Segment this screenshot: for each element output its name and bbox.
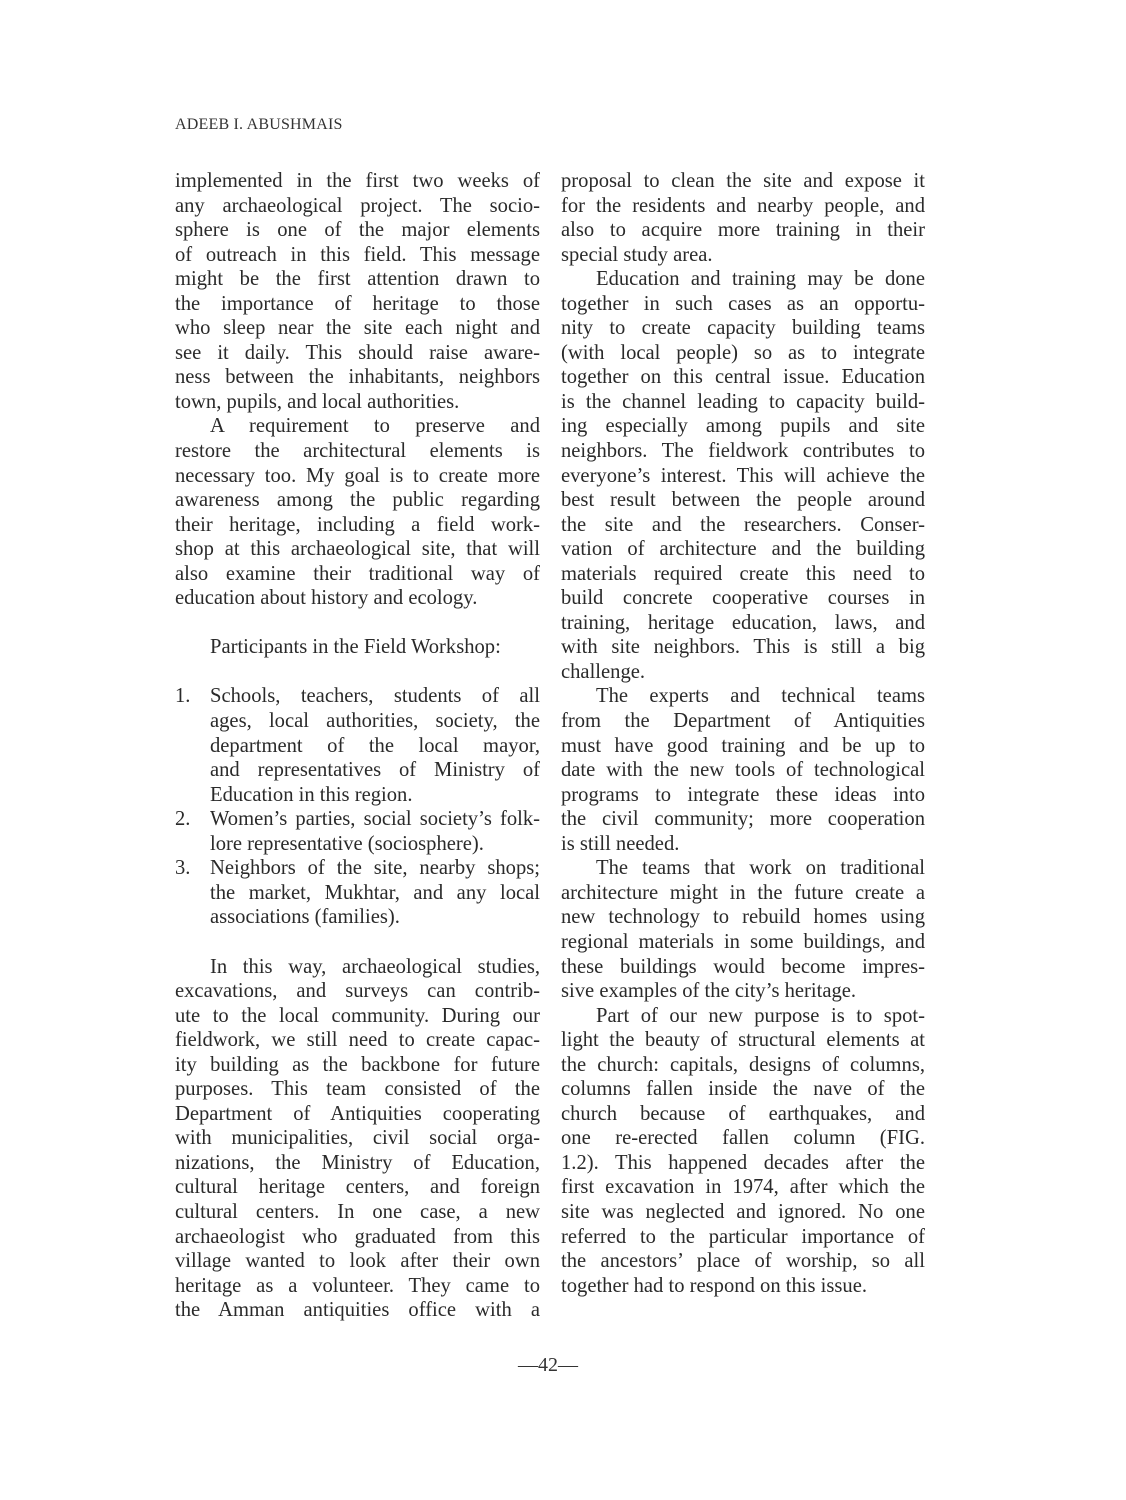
text-line: referred to the particular importance of (561, 1225, 925, 1250)
text-line: also to acquire more training in their (561, 218, 925, 243)
text-line: necessary too. My goal is to create more (175, 464, 540, 489)
text-line: one re-erected fallen column (FIG. (561, 1126, 925, 1151)
text-line: build concrete cooperative courses in (561, 586, 925, 611)
text-line: challenge. (561, 660, 925, 685)
text-line: is the channel leading to capacity build… (561, 390, 925, 415)
spacer (175, 930, 540, 955)
list-item: 2. Women’s parties, social society’s fol… (175, 807, 540, 856)
text-line: cultural centers. In one case, a new (175, 1200, 540, 1225)
text-line: who sleep near the site each night and (175, 316, 540, 341)
text-line: with municipalities, civil social orga- (175, 1126, 540, 1151)
text-line: special study area. (561, 243, 925, 268)
text-line: new technology to rebuild homes using (561, 905, 925, 930)
list-intro: Participants in the Field Workshop: (175, 635, 540, 660)
text-line: the market, Mukhtar, and any local (210, 881, 540, 906)
text-line: is still needed. (561, 832, 925, 857)
text-line: these buildings would become impres- (561, 955, 925, 980)
paragraph: Education and training may be done toget… (561, 267, 925, 684)
paragraph: implemented in the first two weeks of an… (175, 169, 540, 414)
text-line: associations (families). (210, 905, 540, 930)
text-line: The experts and technical teams (561, 684, 925, 709)
text-line: together in such cases as an opportu- (561, 292, 925, 317)
text-line: any archaeological project. The socio- (175, 194, 540, 219)
text-line: training, heritage education, laws, and (561, 611, 925, 636)
text-line: archaeologist who graduated from this (175, 1225, 540, 1250)
text-line: regional materials in some buildings, an… (561, 930, 925, 955)
text-line: first excavation in 1974, after which th… (561, 1175, 925, 1200)
text-line: In this way, archaeological studies, (175, 955, 540, 980)
text-line: the importance of heritage to those (175, 292, 540, 317)
spacer (175, 611, 540, 636)
text-line: fieldwork, we still need to create capac… (175, 1028, 540, 1053)
text-line: Part of our new purpose is to spot- (561, 1004, 925, 1029)
text-line: the Amman antiquities office with a (175, 1298, 540, 1323)
text-line: implemented in the first two weeks of (175, 169, 540, 194)
text-line: shop at this archaeological site, that w… (175, 537, 540, 562)
text-line: department of the local mayor, (210, 734, 540, 759)
text-line: of outreach in this field. This message (175, 243, 540, 268)
text-line: columns fallen inside the nave of the (561, 1077, 925, 1102)
text-line: nity to create capacity building teams (561, 316, 925, 341)
text-line: sive examples of the city’s heritage. (561, 979, 925, 1004)
spacer (175, 660, 540, 685)
paragraph: proposal to clean the site and expose it… (561, 169, 925, 267)
text-line: restore the architectural elements is (175, 439, 540, 464)
text-line: together had to respond on this issue. (561, 1274, 925, 1299)
text-line: Schools, teachers, students of all (210, 684, 540, 709)
text-line: nizations, the Ministry of Education, (175, 1151, 540, 1176)
text-line: together on this central issue. Educatio… (561, 365, 925, 390)
text-line: the civil community; more cooperation (561, 807, 925, 832)
left-column: implemented in the first two weeks of an… (175, 169, 540, 1323)
list-number: 3. (175, 856, 190, 881)
text-line: ages, local authorities, society, the (210, 709, 540, 734)
list-item: 1. Schools, teachers, students of all ag… (175, 684, 540, 807)
text-line: architecture might in the future create … (561, 881, 925, 906)
text-line: the ancestors’ place of worship, so all (561, 1249, 925, 1274)
list-number: 1. (175, 684, 190, 709)
paragraph: In this way, archaeological studies, exc… (175, 955, 540, 1323)
text-line: sphere is one of the major elements (175, 218, 540, 243)
paragraph: The experts and technical teams from the… (561, 684, 925, 856)
text-line: purposes. This team consisted of the (175, 1077, 540, 1102)
text-line: Women’s parties, social society’s folk- (210, 807, 540, 832)
text-line: 1.2). This happened decades after the (561, 1151, 925, 1176)
text-line: date with the new tools of technological (561, 758, 925, 783)
text-line: heritage as a volunteer. They came to (175, 1274, 540, 1299)
text-line: (with local people) so as to integrate (561, 341, 925, 366)
text-line: ute to the local community. During our (175, 1004, 540, 1029)
text-line: church because of earthquakes, and (561, 1102, 925, 1127)
right-column: proposal to clean the site and expose it… (561, 169, 925, 1298)
text-line: proposal to clean the site and expose it (561, 169, 925, 194)
text-line: site was neglected and ignored. No one (561, 1200, 925, 1225)
text-line: education about history and ecology. (175, 586, 540, 611)
paragraph: A requirement to preserve and restore th… (175, 414, 540, 610)
text-line: their heritage, including a field work- (175, 513, 540, 538)
text-line: cultural heritage centers, and foreign (175, 1175, 540, 1200)
text-line: Education and training may be done (561, 267, 925, 292)
text-line: Neighbors of the site, nearby shops; (210, 856, 540, 881)
text-line: might be the first attention drawn to (175, 267, 540, 292)
paragraph: Part of our new purpose is to spot- ligh… (561, 1004, 925, 1299)
text-line: light the beauty of structural elements … (561, 1028, 925, 1053)
text-line: the church: capitals, designs of columns… (561, 1053, 925, 1078)
text-line: Education in this region. (210, 783, 540, 808)
text-line: vation of architecture and the building (561, 537, 925, 562)
text-line: excavations, and surveys can contrib- (175, 979, 540, 1004)
text-line: town, pupils, and local authorities. (175, 390, 540, 415)
text-line: The teams that work on traditional (561, 856, 925, 881)
text-line: A requirement to preserve and (175, 414, 540, 439)
text-line: village wanted to look after their own (175, 1249, 540, 1274)
text-line: also examine their traditional way of (175, 562, 540, 587)
text-line: neighbors. The fieldwork contributes to (561, 439, 925, 464)
text-line: ing especially among pupils and site (561, 414, 925, 439)
text-line: from the Department of Antiquities (561, 709, 925, 734)
text-line: with site neighbors. This is still a big (561, 635, 925, 660)
running-head-author: ADEEB I. ABUSHMAIS (175, 116, 343, 134)
text-line: ity building as the backbone for future (175, 1053, 540, 1078)
text-line: Department of Antiquities cooperating (175, 1102, 540, 1127)
text-line: programs to integrate these ideas into (561, 783, 925, 808)
text-line: ness between the inhabitants, neighbors (175, 365, 540, 390)
text-line: must have good training and be up to (561, 734, 925, 759)
participants-list: 1. Schools, teachers, students of all ag… (175, 684, 540, 929)
text-line: awareness among the public regarding (175, 488, 540, 513)
text-line: and representatives of Ministry of (210, 758, 540, 783)
list-item: 3. Neighbors of the site, nearby shops; … (175, 856, 540, 930)
text-line: the site and the researchers. Conser- (561, 513, 925, 538)
text-line: best result between the people around (561, 488, 925, 513)
list-number: 2. (175, 807, 190, 832)
paragraph: The teams that work on traditional archi… (561, 856, 925, 1003)
page-number: —42— (0, 1354, 1096, 1377)
text-line: lore representative (sociosphere). (210, 832, 540, 857)
text-line: materials required create this need to (561, 562, 925, 587)
text-line: see it daily. This should raise aware- (175, 341, 540, 366)
text-line: for the residents and nearby people, and (561, 194, 925, 219)
text-line: everyone’s interest. This will achieve t… (561, 464, 925, 489)
